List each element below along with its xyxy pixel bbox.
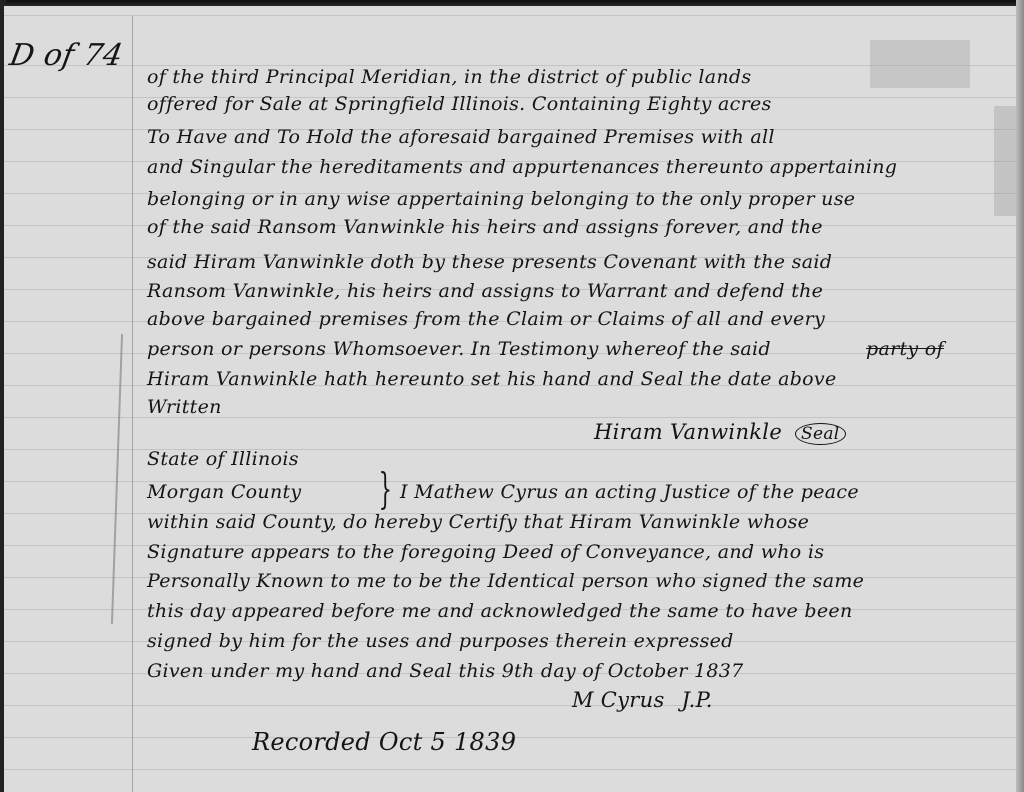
ack-line-3: Signature appears to the foregoing Deed … [147,541,824,563]
ledger-page: D of 74 of the third Principal Meridian,… [4,6,1020,792]
ack-line-7: Given under my hand and Seal this 9th da… [147,660,744,682]
seal-mark: Seal [795,423,845,445]
deed-line-12: Written [147,396,222,418]
justice-title: J.P. [682,688,713,712]
struck-text: party of [866,338,944,360]
venue-brace-icon: } [379,464,392,513]
deed-line-11: Hiram Vanwinkle hath hereunto set his ha… [147,368,837,390]
justice-name: M Cyrus [572,688,665,712]
venue-county: Morgan County [147,481,301,503]
grantor-signature: Hiram Vanwinkle Seal [594,420,846,445]
page-reference: D of 74 [7,38,126,73]
scan-right-edge [1016,0,1024,792]
deed-line-10: person or persons Whomsoever. In Testimo… [147,338,771,360]
justice-signature: M Cyrus J.P. [572,688,713,712]
venue-state: State of Illinois [147,448,299,470]
deed-line-7: said Hiram Vanwinkle doth by these prese… [147,251,832,273]
deed-line-6: of the said Ransom Vanwinkle his heirs a… [147,216,823,238]
deed-line-4: and Singular the hereditaments and appur… [147,156,897,178]
pencil-mark [111,334,123,624]
ack-line-4: Personally Known to me to be the Identic… [147,570,864,592]
deed-line-1: of the third Principal Meridian, in the … [147,66,751,88]
margin-rule [132,16,133,792]
grantor-name: Hiram Vanwinkle [594,420,782,444]
deed-line-2: offered for Sale at Springfield Illinois… [147,93,772,115]
ack-line-6: signed by him for the uses and purposes … [147,630,734,652]
ack-line-2: within said County, do hereby Certify th… [147,511,809,533]
recorded-date: Recorded Oct 5 1839 [252,728,516,756]
deed-line-5: belonging or in any wise appertaining be… [147,188,855,210]
deed-line-3: To Have and To Hold the aforesaid bargai… [147,126,775,148]
ack-line-5: this day appeared before me and acknowle… [147,600,853,622]
deed-line-9: above bargained premises from the Claim … [147,308,825,330]
paper-stain [870,40,970,88]
ack-line-1: I Mathew Cyrus an acting Justice of the … [400,481,859,503]
deed-line-8: Ransom Vanwinkle, his heirs and assigns … [147,280,823,302]
